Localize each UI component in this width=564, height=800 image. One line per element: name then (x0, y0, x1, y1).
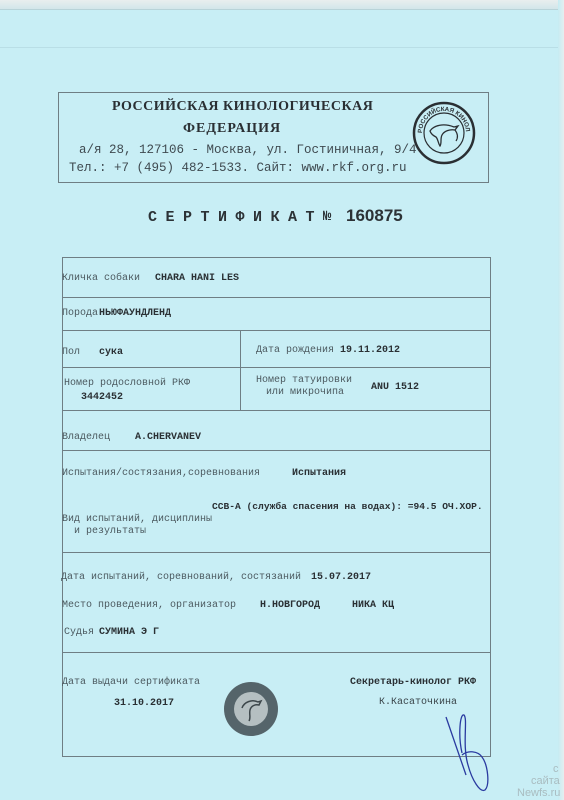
organization-name: РОССИЙСКАЯ КИНОЛОГИЧЕСКАЯ (112, 99, 373, 115)
pedigree-value: 3442452 (81, 392, 123, 403)
birth-date-label: Дата рождения (256, 345, 334, 356)
watermark-line3: Newfs.ru (517, 787, 560, 799)
watermark-line2: сайта (531, 775, 560, 787)
organization-address: а/я 28, 127106 - Москва, ул. Гостиничная… (79, 143, 417, 157)
organization-contacts: Тел.: +7 (495) 482-1533. Сайт: www.rkf.o… (69, 161, 407, 175)
row-divider (62, 297, 491, 298)
tattoo-label-line2: или микрочипа (266, 387, 344, 398)
event-type-label: Испытания/состязания,соревнования (62, 468, 260, 479)
row-divider (62, 367, 491, 368)
tattoo-value: ANU 1512 (371, 382, 419, 393)
row-divider (62, 652, 491, 653)
row-divider (62, 410, 491, 411)
pedigree-label: Номер родословной РКФ (64, 378, 190, 389)
row-divider (62, 552, 491, 553)
event-date-label: Дата испытаний, соревнований, состязаний (61, 572, 301, 583)
row-divider (62, 450, 491, 451)
rkf-seal-icon: РОССИЙСКАЯ КИНОЛОГИЧЕСКАЯ (412, 101, 476, 165)
dog-name-value: CHARA HANI LES (155, 273, 239, 284)
certificate-title: СЕРТИФИКАТ (148, 209, 323, 226)
event-type-value: Испытания (292, 468, 346, 479)
event-date-value: 15.07.2017 (311, 572, 371, 583)
discipline-label: Вид испытаний, дисциплины (62, 514, 212, 525)
row-divider (62, 330, 491, 331)
discipline-label-line2: и результаты (74, 526, 146, 537)
discipline-result: ССВ-А (служба спасения на водах): =94.5 … (212, 501, 483, 512)
round-stamp-icon (224, 682, 278, 736)
birth-date-value: 19.11.2012 (340, 345, 400, 356)
watermark-line1: с (553, 763, 559, 775)
dog-head-icon (238, 694, 264, 724)
issue-date-label: Дата выдачи сертификата (62, 677, 200, 688)
owner-value: A.CHERVANEV (135, 432, 201, 443)
judge-label: Судья (64, 627, 94, 638)
venue-label: Место проведения, организатор (62, 600, 236, 611)
breed-label: Порода (62, 308, 98, 319)
number-sign: № (323, 209, 331, 225)
issue-date-value: 31.10.2017 (114, 698, 174, 709)
organizer-value: НИКА КЦ (352, 600, 394, 611)
signature-icon (440, 705, 510, 800)
scan-line (0, 47, 564, 48)
column-divider (240, 330, 241, 410)
sex-value: сука (99, 347, 123, 358)
owner-label: Владелец (62, 432, 110, 443)
breed-value: НЬЮФАУНДЛЕНД (99, 308, 171, 319)
dog-name-label: Кличка собаки (62, 273, 140, 284)
scan-top-edge (0, 0, 564, 10)
tattoo-label: Номер татуировки (256, 375, 352, 386)
secretary-title: Секретарь-кинолог РКФ (350, 677, 476, 688)
scan-right-edge (558, 0, 564, 800)
organization-name-line2: ФЕДЕРАЦИЯ (183, 121, 281, 137)
judge-value: СУМИНА Э Г (99, 627, 159, 638)
sex-label: Пол (62, 347, 80, 358)
venue-value: Н.НОВГОРОД (260, 600, 320, 611)
certificate-number: 160875 (346, 206, 403, 226)
svg-text:РОССИЙСКАЯ КИНОЛОГИЧЕСКАЯ: РОССИЙСКАЯ КИНОЛОГИЧЕСКАЯ (412, 101, 471, 133)
